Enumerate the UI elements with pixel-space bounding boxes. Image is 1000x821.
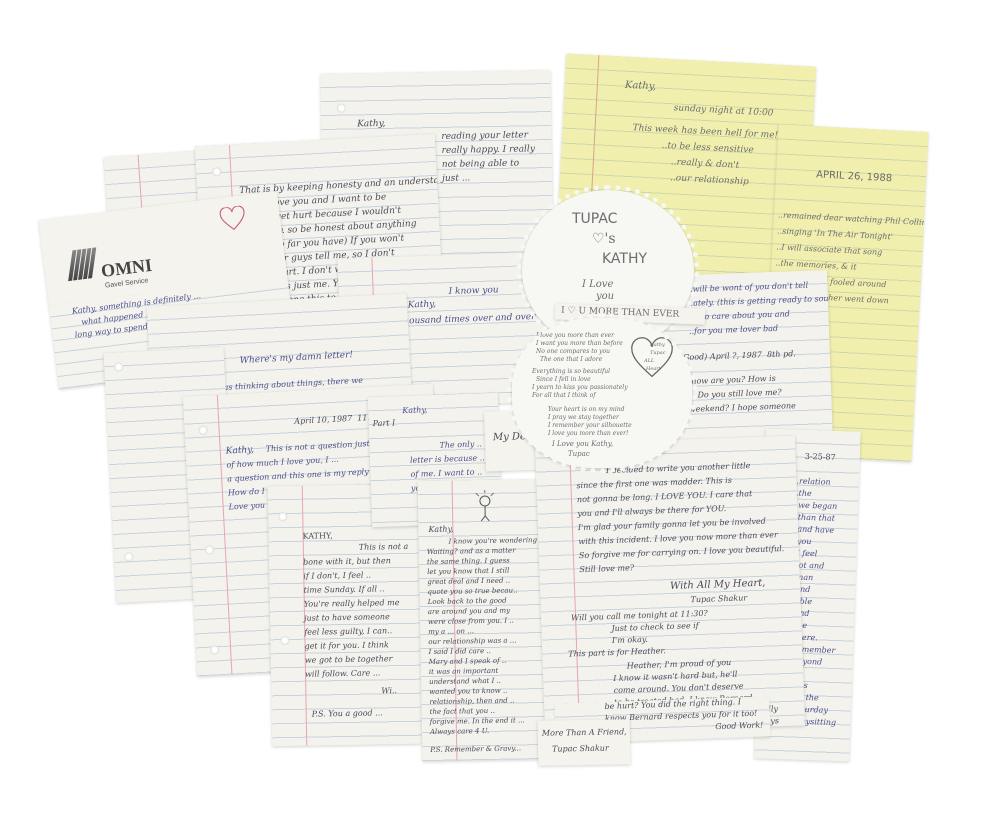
punch-hole (198, 425, 207, 434)
body-line: This is not a (359, 540, 409, 555)
doily-poem: I love you more than ever I want you mor… (512, 318, 692, 468)
doily-text: ♡'s (592, 232, 616, 246)
salutation: Kathy, (624, 79, 656, 95)
part-label: Part I (372, 416, 395, 431)
postscript: P.S. Remember & Gravy... (430, 741, 521, 757)
poem-line: I want you more than before (536, 340, 623, 348)
punch-hole (280, 636, 289, 645)
doily-text: TUPAC (572, 212, 617, 226)
heading-line: Where's my damn letter! (239, 348, 353, 368)
body-line: ..our relationship (670, 171, 749, 189)
date: APRIL 26, 1988 (816, 168, 893, 186)
poem-line: Everything is so beautiful (532, 368, 610, 376)
poem-line: Since I fell in love (536, 376, 591, 384)
body-line: Still love me? (579, 561, 634, 577)
note-signature: Tupac Shakur (552, 742, 609, 757)
salutation: Kathy, (357, 117, 386, 131)
salutation: KATHY, (303, 529, 333, 544)
poem-line: I pray we stay together (548, 414, 619, 422)
salutation: Kathy, (428, 523, 453, 537)
body-line: The only .. (439, 437, 482, 452)
poem-line: No one compares to you (536, 348, 610, 356)
body-line: Always care 4 U. (430, 726, 489, 737)
body-line: really happy. I really (442, 142, 535, 158)
heart-text: Heart (646, 366, 661, 372)
letter-lightbulb: Kathy, I know you're wondering Waiting? … (418, 479, 553, 761)
punch-hole (205, 545, 214, 554)
heart-text: Tupac (650, 350, 666, 356)
letter-main-with-all-my-heart: Kathy, I decided to write you another li… (535, 436, 805, 735)
gavel-logo-icon (68, 248, 95, 281)
note-line: More Than A Friend, (542, 725, 627, 740)
body-line: I know you (448, 283, 498, 299)
punch-hole (212, 167, 221, 176)
poem-line: For all that I think of (532, 392, 595, 400)
body-line: bone with it, but then (303, 554, 391, 570)
punch-hole (210, 645, 219, 654)
punch-hole (114, 362, 123, 371)
doily-text: KATHY (602, 252, 647, 266)
body-line: time Sunday. If all .. (303, 582, 384, 597)
punch-hole (124, 552, 133, 561)
poem-signature: Tupac (568, 450, 590, 458)
salutation: Kathy, (402, 403, 428, 418)
doily-text: you (596, 290, 614, 304)
body-line: just to have someone (304, 610, 390, 625)
heart-drawing-icon (630, 336, 674, 380)
body-line: just ... (442, 171, 471, 185)
dateline: (Good) April ?, 1987 8th pd. (680, 347, 796, 365)
poem-line: I remember your silhouette (548, 422, 632, 430)
body-line: if I don't, I feel .. (303, 569, 371, 584)
note-more-than-friend: More Than A Friend, Tupac Shakur (538, 719, 631, 766)
heart-text: Kathy (650, 342, 665, 348)
body-line: get it for you. I think (304, 638, 389, 653)
punch-hole (278, 512, 287, 521)
date: 3-25-87 (805, 450, 836, 465)
heart-text: ALL (644, 358, 654, 364)
doily-text: I Love (582, 278, 613, 292)
body-line: thousand times over and over (399, 310, 535, 329)
poem-line: I love you more than ever (536, 332, 614, 340)
lightbulb-stickfigure-icon (472, 490, 499, 522)
body-line: This week has been hell for me! (632, 121, 778, 143)
postscript: P.S. You a good ... (312, 706, 383, 721)
dateline: sunday night at 10:00 (673, 101, 773, 120)
body-line: reading your letter (441, 128, 528, 144)
body-line: will follow. Care ... (305, 666, 381, 681)
poem-line: Your heart is on my mind (548, 406, 624, 414)
poem-line: I Love you Kathy, (552, 440, 613, 448)
red-heart-icon (218, 205, 247, 232)
poem-line: The one that I adore (540, 356, 602, 364)
body-line: not being able to (442, 157, 520, 172)
salutation: Kathy, (225, 443, 254, 458)
body-line: we got to be together (305, 652, 393, 668)
punch-hole (337, 104, 346, 113)
poem-line: I love you more than ever! (548, 430, 628, 438)
signature: Tupac Shakur (690, 591, 747, 607)
closing: Wi.. (381, 684, 397, 698)
body-line: ..really & don't (671, 155, 740, 173)
heather-closing: Good Work! (715, 718, 764, 734)
body-line: feel less guilty, I can.. (304, 624, 392, 640)
poem-line: I yearn to kiss you passionately (532, 384, 628, 392)
